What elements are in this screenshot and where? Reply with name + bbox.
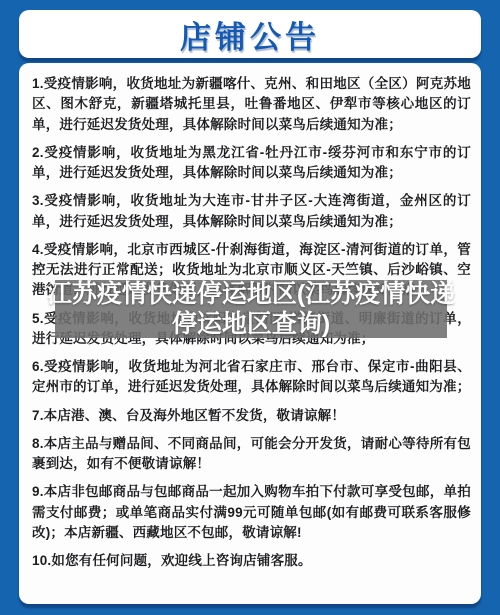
notice-item-7: 7.本店港、澳、台及海外地区暂不发货，敬请谅解！ xyxy=(32,406,471,426)
notice-item-8: 8.本店主品与赠品间、不同商品间，可能会分开发货，请耐心等待所有包裹到达，如有不… xyxy=(32,434,471,475)
notice-item-2: 2.受疫情影响，收货地址为黑龙江省-牡丹江市-绥芬河市和东宁市的订单，进行延迟发… xyxy=(32,143,471,184)
notice-item-6: 6.受疫情影响，收货地址为河北省石家庄市、邢台市、保定市-曲阳县、定州市的订单，… xyxy=(32,357,471,398)
page-title: 店铺公告 xyxy=(180,12,320,57)
notice-item-3: 3.受疫情影响，收货地址为大连市-甘井子区-大连湾街道，金州区的订单，进行延迟发… xyxy=(32,191,471,232)
notice-item-9: 9.本店非包邮商品与包邮商品一起加入购物车拍下付款可享受包邮，单拍需支付邮费；或… xyxy=(32,482,471,543)
header-card: 店铺公告 xyxy=(19,10,481,58)
watermark-text-line-1: 江苏疫情快递停运地区(江苏疫情快递 xyxy=(47,279,455,309)
watermark-overlay: 江苏疫情快递停运地区(江苏疫情快递 停运地区查询) xyxy=(55,280,447,338)
watermark-text-line-2: 停运地区查询) xyxy=(172,309,330,339)
notice-item-1: 1.受疫情影响，收货地址为新疆喀什、克州、和田地区（全区）阿克苏地区、图木舒克，… xyxy=(32,74,471,135)
notice-item-10: 10.如您有任何问题，欢迎线上咨询店铺客服。 xyxy=(32,551,471,571)
announcement-image: 店铺公告 1.受疫情影响，收货地址为新疆喀什、克州、和田地区（全区）阿克苏地区、… xyxy=(0,0,500,615)
